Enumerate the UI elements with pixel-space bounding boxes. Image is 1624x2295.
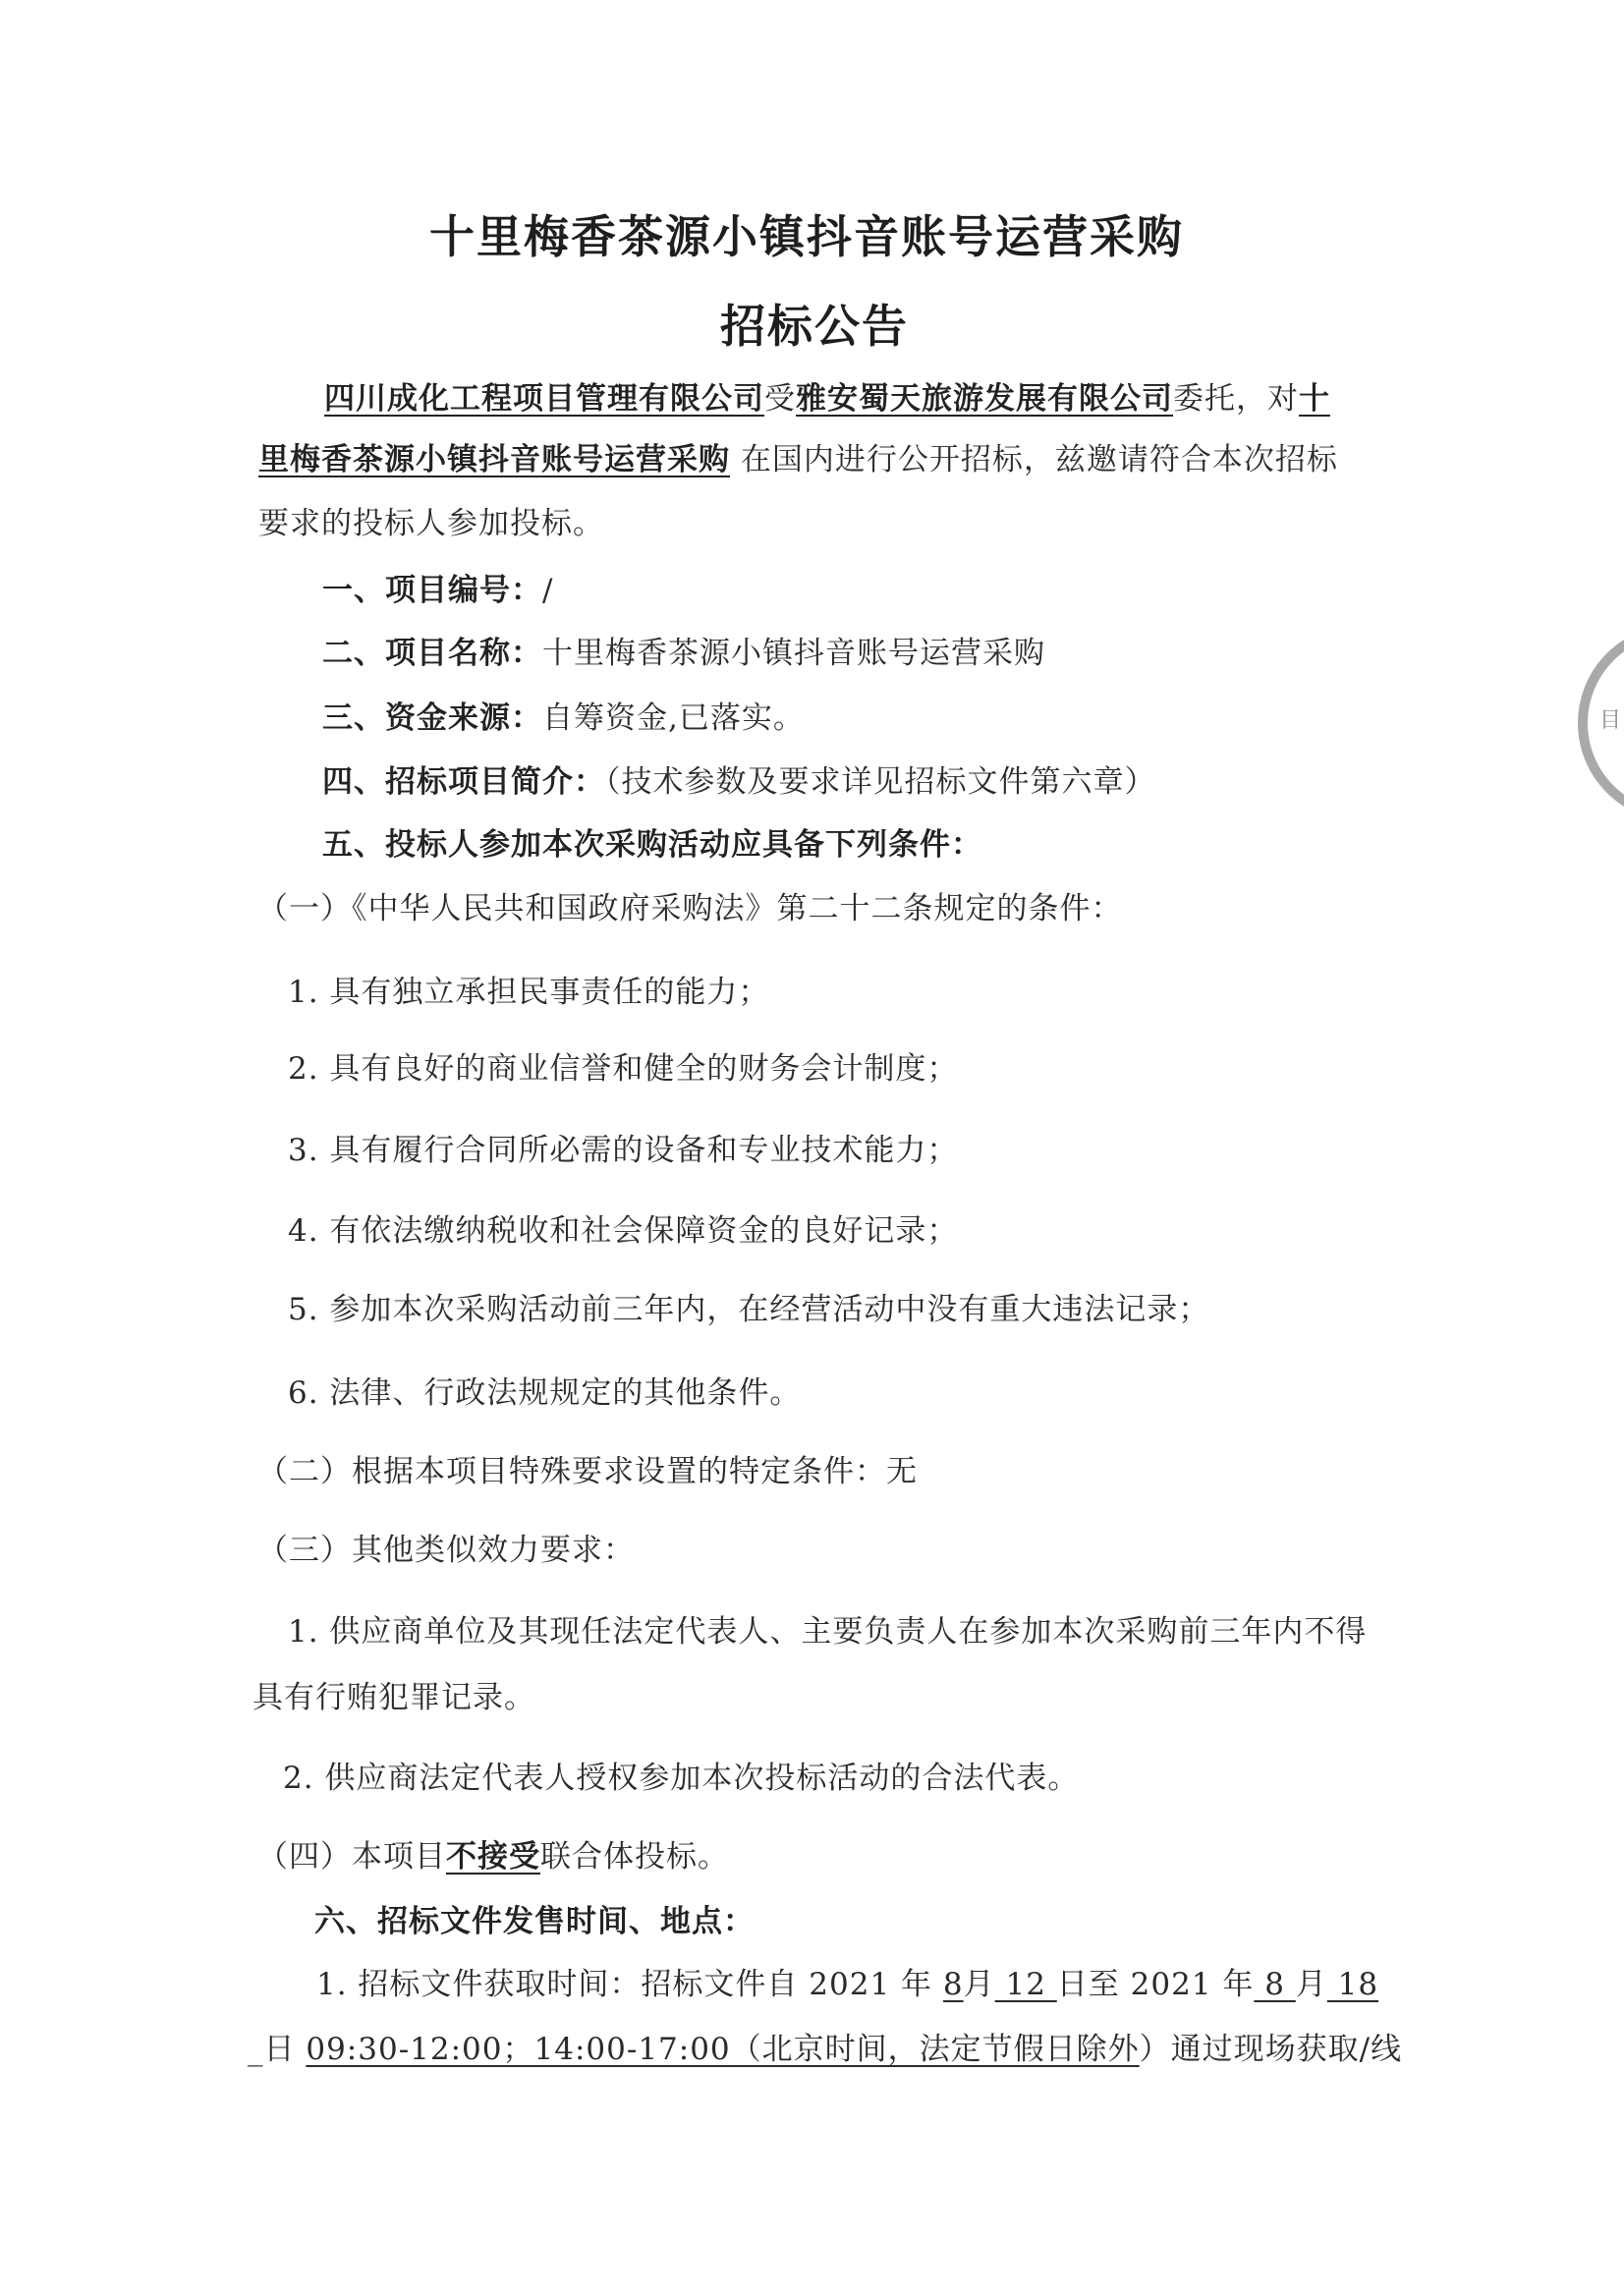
sub1-item-4: 4. 有依法缴纳税收和社会保障资金的良好记录；: [288, 1216, 958, 1247]
intro-line-3: 要求的投标人参加投标。: [258, 509, 604, 539]
section-2-value: 十里梅香茶源小镇抖音账号运营采购: [542, 636, 1045, 671]
sub1-item-5: 5. 参加本次采购活动前三年内，在经营活动中没有重大违法记录；: [288, 1295, 1209, 1325]
sub2: （二）根据本项目特殊要求设置的特定条件：无: [257, 1457, 918, 1487]
office-hours: 09:30-12:00；14:00-17:00（北京时间，法定节假日除外: [306, 2032, 1139, 2067]
document-title: 十里梅香茶源小镇抖音账号运营采购: [429, 214, 1184, 259]
intro-line-2: 里梅香茶源小镇抖音账号运营采购 在国内进行公开招标，兹邀请符合本次招标: [258, 445, 1338, 476]
text-shou: 受: [764, 381, 796, 417]
section-4-label: 四、招标项目简介：: [322, 764, 605, 800]
section-3-value: 自筹资金,已落实。: [542, 700, 805, 736]
sub3-item-1-line-2: 具有行贿犯罪记录。: [252, 1683, 535, 1713]
project-name-part2: 里梅香茶源小镇抖音账号运营采购: [258, 442, 730, 477]
text-weituo: 委托，对: [1173, 381, 1299, 417]
project-name-part1: 十: [1299, 381, 1330, 417]
sub3-heading: （三）其他类似效力要求：: [257, 1536, 635, 1566]
section-4-value: （技术参数及要求详见招标文件第六章）: [605, 764, 1156, 800]
acquire-time-prefix: 1. 招标文件获取时间：招标文件自 2021 年: [316, 1967, 932, 2002]
start-month: 8: [943, 1967, 964, 2002]
sub1-item-1: 1. 具有独立承担民事责任的能力；: [288, 978, 769, 1008]
sub1-item-6: 6. 法律、行政法规规定的其他条件。: [288, 1378, 801, 1409]
section-1-value: /: [542, 573, 553, 608]
section-2: 二、项目名称：十里梅香茶源小镇抖音账号运营采购: [322, 639, 1045, 669]
text-month-2: 月: [1296, 1967, 1327, 2002]
start-day: 12: [995, 1967, 1057, 2002]
client-name: 雅安蜀天旅游发展有限公司: [796, 381, 1173, 417]
sub4-suffix: 联合体投标。: [540, 1839, 729, 1875]
agency-name: 四川成化工程项目管理有限公司: [324, 381, 764, 417]
end-day: 18: [1327, 1967, 1378, 2002]
section-1-label: 一、项目编号：: [322, 573, 542, 608]
section-3: 三、资金来源：自筹资金,已落实。: [322, 703, 805, 734]
section-4: 四、招标项目简介：（技术参数及要求详见招标文件第六章）: [322, 767, 1156, 798]
intro-line-2-rest: 在国内进行公开招标，兹邀请符合本次招标: [741, 442, 1338, 477]
day-prefix: _日: [248, 2032, 306, 2067]
end-month: 8: [1254, 1967, 1295, 2002]
section-1: 一、项目编号：/: [322, 576, 553, 606]
text-mid: 日至 2021 年: [1057, 1967, 1255, 2002]
seal-character: 目: [1599, 703, 1621, 734]
section-5: 五、投标人参加本次采购活动应具备下列条件：: [322, 830, 982, 861]
intro-line-1: 四川成化工程项目管理有限公司受雅安蜀天旅游发展有限公司委托，对十: [324, 384, 1330, 415]
sub4-emphasis: 不接受: [446, 1839, 540, 1875]
section-2-label: 二、项目名称：: [322, 636, 542, 671]
line-2-suffix: ）通过现场获取/线: [1140, 2032, 1402, 2067]
sub1-item-2: 2. 具有良好的商业信誉和健全的财务会计制度；: [288, 1054, 958, 1085]
section-6-line-2: _日 09:30-12:00；14:00-17:00（北京时间，法定节假日除外）…: [248, 2035, 1402, 2065]
document-subtitle: 招标公告: [720, 304, 909, 349]
sub3-item-1-line-1: 1. 供应商单位及其现任法定代表人、主要负责人在参加本次采购前三年内不得: [288, 1617, 1367, 1648]
sub1-heading: （一）《中华人民共和国政府采购法》第二十二条规定的条件：: [257, 894, 1123, 924]
sub4: （四）本项目不接受联合体投标。: [257, 1842, 729, 1873]
sub3-item-2: 2. 供应商法定代表人授权参加本次投标活动的合法代表。: [283, 1763, 1079, 1794]
text-month-1: 月: [964, 1967, 995, 2002]
section-6-line-1: 1. 招标文件获取时间：招标文件自 2021 年 8月 12 日至 2021 年…: [316, 1970, 1378, 2000]
sub1-item-3: 3. 具有履行合同所必需的设备和专业技术能力；: [288, 1136, 958, 1166]
sub4-prefix: （四）本项目: [257, 1839, 446, 1875]
section-6-heading: 六、招标文件发售时间、地点：: [314, 1907, 755, 1937]
section-3-label: 三、资金来源：: [322, 700, 542, 736]
